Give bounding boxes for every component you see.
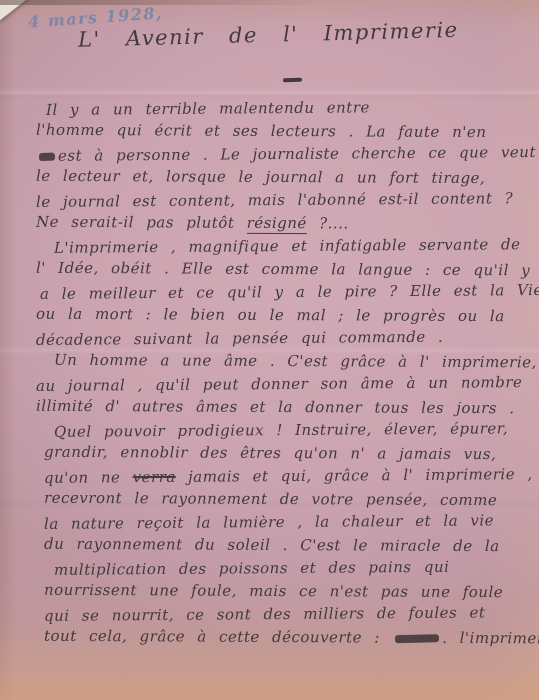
handwritten-line: nourrissent une foule, mais ce n'est pas… xyxy=(44,579,523,605)
handwritten-line: Quel pouvoir prodigieux ! Instruire, éle… xyxy=(54,417,523,444)
handwritten-text: grandir, ennoblir des êtres qu'on n' a j… xyxy=(44,443,496,463)
scratched-out-word xyxy=(395,634,439,643)
handwritten-text: . l'imprimerie ! xyxy=(442,629,539,648)
handwritten-text: le lecteur et, lorsque le journal a un f… xyxy=(36,167,485,187)
handwritten-text: ?.... xyxy=(307,214,349,232)
handwritten-text: tout cela, grâce à cette découverte : xyxy=(44,627,392,647)
handwritten-text: verra xyxy=(133,468,176,486)
handwritten-line: L'imprimerie , magnifique et infatigable… xyxy=(54,233,523,260)
handwritten-line: Ne serait-il pas plutôt résigné ?.... xyxy=(36,211,523,237)
photo-edge-shadow xyxy=(0,0,330,5)
handwritten-line: multiplication des poissons et des pains… xyxy=(54,555,523,582)
handwritten-line: illimité d' autres âmes et la donner tou… xyxy=(36,395,523,421)
handwritten-text: L'imprimerie , magnifique et infatigable… xyxy=(54,235,521,257)
handwritten-line: le journal est content, mais l'abonné es… xyxy=(36,187,523,214)
handwritten-text: multiplication des poissons et des pains… xyxy=(54,558,450,579)
handwritten-line: l'homme qui écrit et ses lecteurs . La f… xyxy=(36,119,523,145)
handwritten-text: jamais et qui, grâce à l' imprimerie , xyxy=(176,465,533,486)
handwritten-text: a le meilleur et ce qu'il y a le pire ? … xyxy=(40,281,539,303)
handwritten-text: l' Idée, obéit . Elle est comme la langu… xyxy=(36,259,530,280)
handwritten-text: illimité d' autres âmes et la donner tou… xyxy=(36,397,515,418)
handwritten-line: la nature reçoit la lumière , la chaleur… xyxy=(44,509,523,536)
handwritten-line: le lecteur et, lorsque le journal a un f… xyxy=(36,165,523,191)
handwritten-text: qu'on ne xyxy=(44,468,133,487)
handwritten-line: du rayonnement du soleil . C'est le mira… xyxy=(44,533,523,559)
title-dash xyxy=(283,78,302,83)
handwritten-text: au journal , qu'il peut donner son âme à… xyxy=(36,373,523,395)
handwritten-line: qui se nourrit, ce sont des milliers de … xyxy=(44,601,523,628)
handwritten-line: qu'on ne verra jamais et qui, grâce à l'… xyxy=(44,463,523,490)
handwritten-text: du rayonnement du soleil . C'est le mira… xyxy=(44,535,500,555)
handwritten-text: la nature reçoit la lumière , la chaleur… xyxy=(44,511,494,533)
handwritten-line: Un homme a une âme . C'est grâce à l' im… xyxy=(54,349,523,374)
handwritten-line: recevront le rayonnement de votre pensée… xyxy=(44,487,523,513)
handwritten-line: l' Idée, obéit . Elle est comme la langu… xyxy=(36,257,523,283)
scratched-out-word xyxy=(39,153,55,162)
handwritten-text: qui se nourrit, ce sont des milliers de … xyxy=(44,603,486,624)
handwritten-text: l'homme qui écrit et ses lecteurs . La f… xyxy=(36,121,487,141)
handwritten-text: le journal est content, mais l'abonné es… xyxy=(36,189,513,211)
handwritten-line: ou la mort : le bien ou le mal ; le prog… xyxy=(36,303,523,329)
handwritten-text: Quel pouvoir prodigieux ! Instruire, éle… xyxy=(54,419,508,441)
handwritten-text: recevront le rayonnement de votre pensée… xyxy=(44,489,497,509)
handwritten-text: ou la mort : le bien ou le mal ; le prog… xyxy=(36,305,505,325)
handwritten-line: est à personne . Le journaliste cherche … xyxy=(36,141,523,168)
handwritten-line: au journal , qu'il peut donner son âme à… xyxy=(36,371,523,398)
handwritten-text: Il y a un terrible malentendu entre xyxy=(46,98,370,119)
handwritten-text: est à personne . Le journaliste cherche … xyxy=(58,143,536,165)
handwritten-line: grandir, ennoblir des êtres qu'on n' a j… xyxy=(44,441,523,467)
letter-photo: 4 mars 1928, L' Avenir de l' Imprimerie … xyxy=(0,0,539,700)
handwritten-text: nourrissent une foule, mais ce n'est pas… xyxy=(44,581,503,601)
handwritten-line: Il y a un terrible malentendu entre xyxy=(46,95,523,122)
handwritten-text: décadence suivant la pensée qui commande… xyxy=(36,328,443,349)
handwritten-text: Ne serait-il pas plutôt xyxy=(36,213,247,232)
handwritten-line: décadence suivant la pensée qui commande… xyxy=(36,325,523,352)
handwritten-line: a le meilleur et ce qu'il y a le pire ? … xyxy=(40,279,523,306)
handwritten-text: résigné xyxy=(247,214,307,234)
letter-body: Il y a un terrible malentendu entrel'hom… xyxy=(36,97,523,649)
handwritten-line: tout cela, grâce à cette découverte : . … xyxy=(44,625,523,651)
handwritten-text: Un homme a une âme . C'est grâce à l' im… xyxy=(54,351,537,372)
